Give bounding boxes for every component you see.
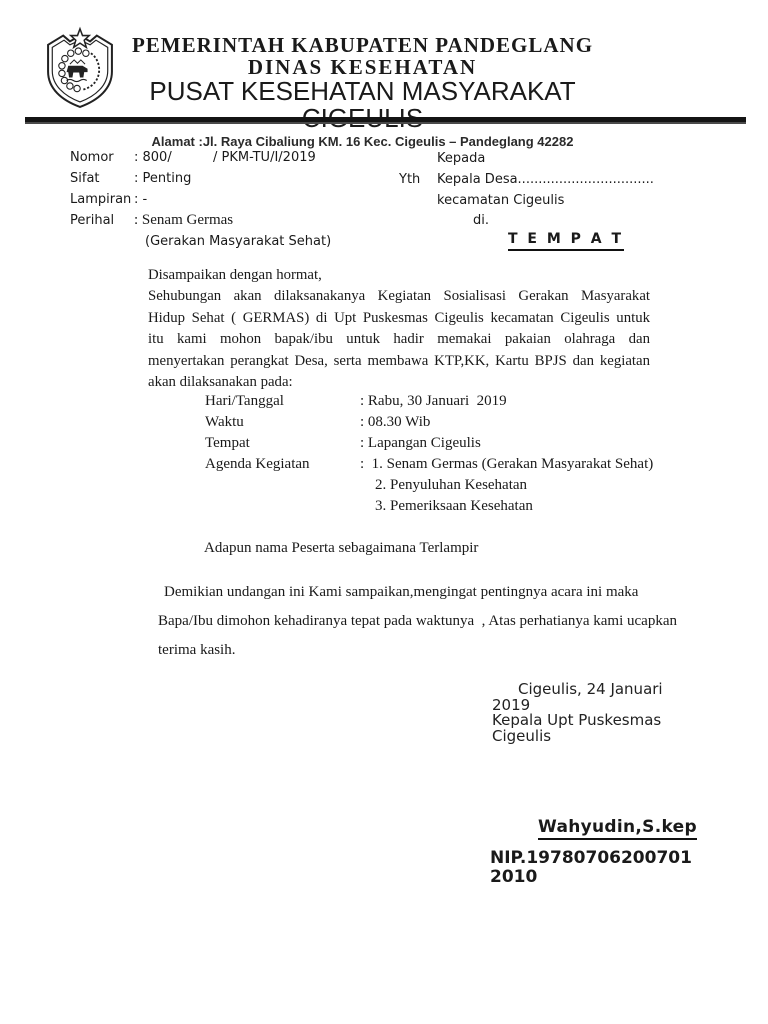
signature-place-date: Cigeulis, 24 Januari 2019	[492, 682, 684, 713]
attachment-note: Adapun nama Peserta sebagaimana Terlampi…	[204, 540, 478, 557]
closing-line: terima kasih.	[158, 636, 698, 665]
body-line: menyertakan perangkat Desa, serta membaw…	[148, 351, 650, 372]
meta-label: Perihal	[70, 210, 134, 231]
signature-name: Wahyudin,S.kep	[538, 817, 697, 840]
official-letter-page: PEMERINTAH KABUPATEN PANDEGLANG DINAS KE…	[0, 0, 768, 1024]
schedule-value: : 1. Senam Germas (Gerakan Masyarakat Se…	[360, 454, 653, 475]
recipient-addressee: Kepala Desa.............................…	[437, 171, 654, 188]
salutation: Disampaikan dengan hormat,	[148, 265, 650, 286]
government-name: PEMERINTAH KABUPATEN PANDEGLANG	[90, 34, 635, 57]
schedule-label: Agenda Kegiatan	[205, 454, 360, 475]
recipient-kepada: Kepada	[437, 150, 485, 167]
closing-line: Demikian undangan ini Kami sampaikan,men…	[158, 578, 698, 607]
schedule-value: : 08.30 Wib	[360, 412, 430, 433]
meta-row-sifat: Sifat : Penting	[70, 168, 331, 189]
meta-label: Nomor	[70, 147, 134, 168]
meta-row-nomor: Nomor : 800/ / PKM-TU/I/2019	[70, 147, 331, 168]
recipient-tempat: T E M P A T	[508, 231, 624, 251]
schedule-row-agenda: Agenda Kegiatan : 1. Senam Germas (Gerak…	[205, 454, 653, 475]
body-line: itu kami mohon bapak/ibu untuk hadir mem…	[148, 329, 650, 350]
recipient-yth: Yth	[399, 171, 420, 188]
schedule-label: Hari/Tanggal	[205, 391, 360, 412]
signature-block: Cigeulis, 24 Januari 2019 Kepala Upt Pus…	[492, 682, 684, 744]
meta-row-lampiran: Lampiran : -	[70, 189, 331, 210]
signature-position: Kepala Upt Puskesmas Cigeulis	[492, 713, 684, 744]
department-name: DINAS KESEHATAN	[90, 57, 635, 78]
letter-body: Disampaikan dengan hormat, Sehubungan ak…	[148, 265, 650, 393]
letterhead: PEMERINTAH KABUPATEN PANDEGLANG DINAS KE…	[90, 34, 635, 149]
signature-nip: NIP.19780706200701 2010	[490, 849, 696, 887]
agenda-item: 2. Penyuluhan Kesehatan	[375, 475, 653, 496]
agenda-item: 3. Pemeriksaan Kesehatan	[375, 496, 653, 517]
body-line: Hidup Sehat ( GERMAS) di Upt Puskesmas C…	[148, 308, 650, 329]
meta-label: Sifat	[70, 168, 134, 189]
recipient-di: di.	[473, 212, 489, 229]
perihal-note: (Gerakan Masyarakat Sehat)	[145, 231, 331, 252]
closing-line: Bapa/Ibu dimohon kehadiranya tepat pada …	[158, 607, 698, 636]
schedule-row-place: Tempat : Lapangan Cigeulis	[205, 433, 653, 454]
meta-value: : -	[134, 189, 147, 210]
meta-value: : Penting	[134, 168, 191, 189]
schedule-row-day: Hari/Tanggal : Rabu, 30 Januari 2019	[205, 391, 653, 412]
meta-value: : 800/ / PKM-TU/I/2019	[134, 147, 316, 168]
schedule-value: : Lapangan Cigeulis	[360, 433, 481, 454]
meta-row-perihal: Perihal : Senam Germas	[70, 210, 331, 231]
letter-meta: Nomor : 800/ / PKM-TU/I/2019 Sifat : Pen…	[70, 147, 331, 252]
meta-value: : Senam Germas	[134, 210, 233, 231]
body-line: Sehubungan akan dilaksanakanya Kegiatan …	[148, 286, 650, 307]
closing-paragraph: Demikian undangan ini Kami sampaikan,men…	[158, 578, 698, 665]
meta-label: Lampiran	[70, 189, 134, 210]
recipient-district: kecamatan Cigeulis	[437, 192, 564, 209]
event-schedule: Hari/Tanggal : Rabu, 30 Januari 2019 Wak…	[205, 391, 653, 517]
schedule-label: Waktu	[205, 412, 360, 433]
letterhead-divider	[25, 117, 746, 124]
schedule-label: Tempat	[205, 433, 360, 454]
schedule-value: : Rabu, 30 Januari 2019	[360, 391, 507, 412]
schedule-row-time: Waktu : 08.30 Wib	[205, 412, 653, 433]
